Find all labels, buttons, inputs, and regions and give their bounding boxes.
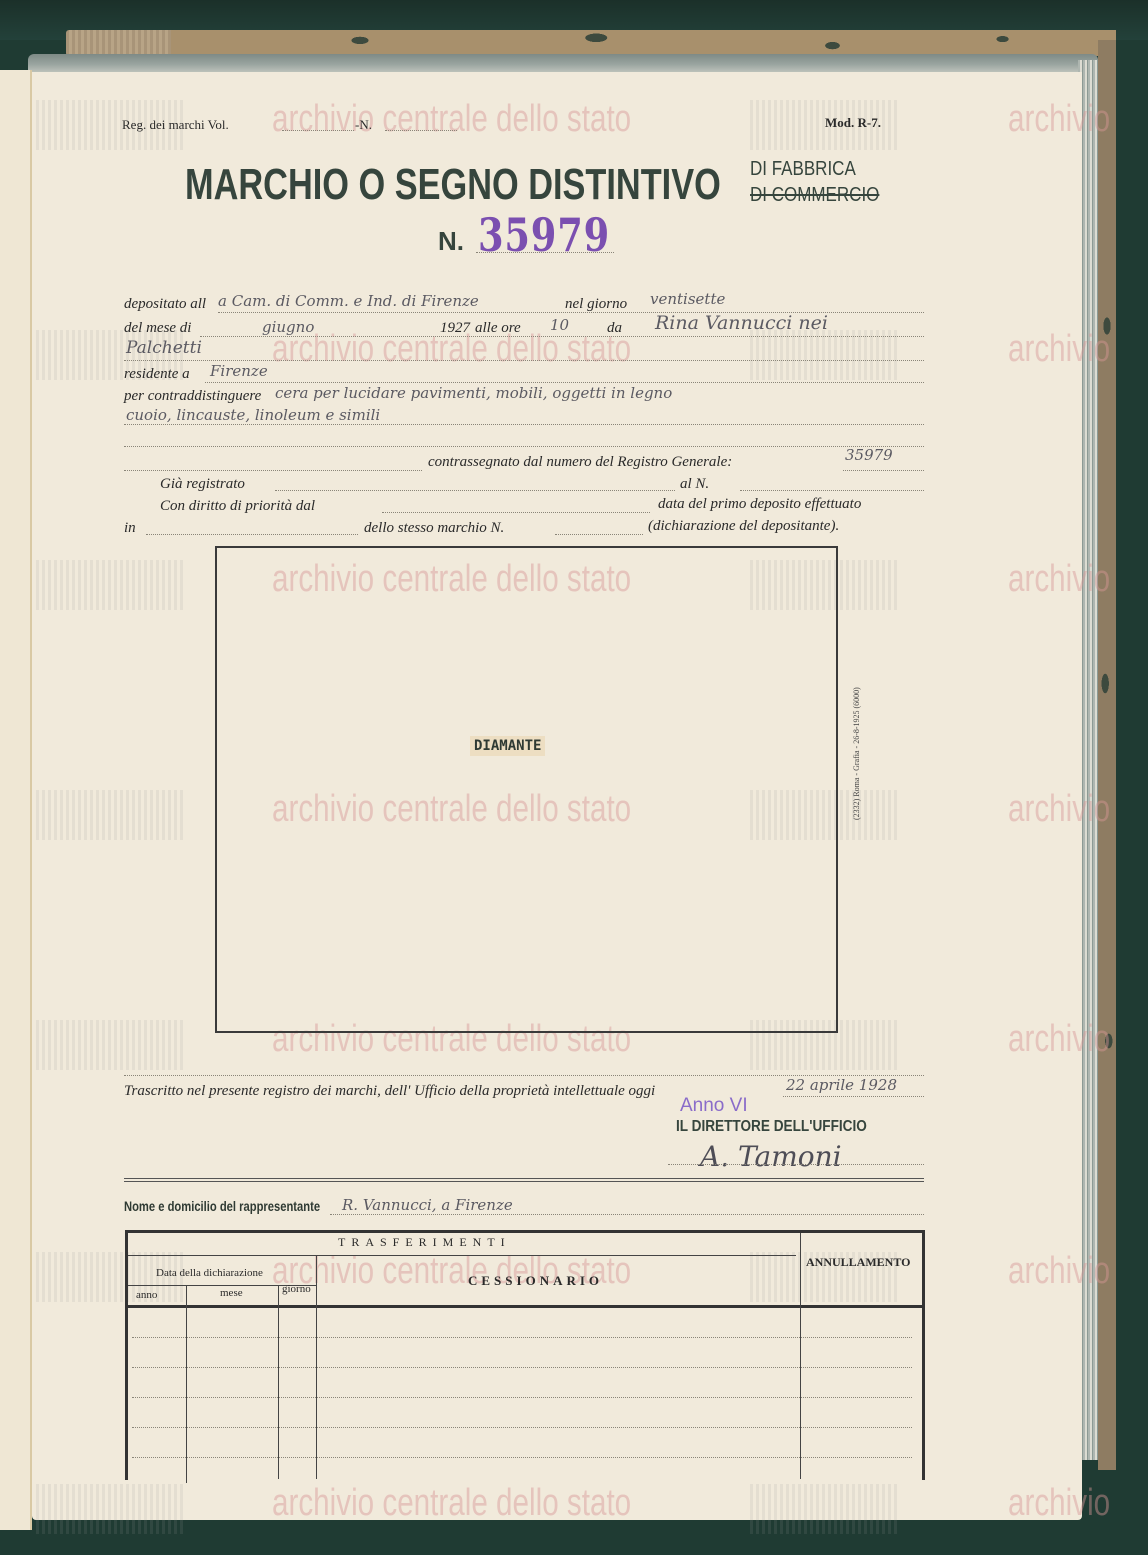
number-field [476, 252, 614, 253]
deposited-value: a Cam. di Comm. e Ind. di Firenze [218, 292, 479, 310]
table-row [132, 1427, 912, 1428]
registry-blank-line [124, 470, 422, 471]
header-bottom-rule [128, 1305, 922, 1308]
purpose-field-line [124, 424, 924, 425]
printer-note: (2332) Roma - Grafia - 26-8-1925 (6000) [852, 687, 861, 820]
table-title: TRASFERIMENTI [338, 1235, 511, 1250]
col-divider [278, 1285, 279, 1479]
transcription-date-line [783, 1096, 924, 1097]
day-value: ventisette [650, 290, 725, 308]
residence-value: Firenze [210, 362, 268, 380]
trademark-image-box [215, 546, 838, 1033]
registration-number-stamp: 35979 [478, 208, 610, 262]
left-page-edge [0, 70, 32, 1530]
blank-field-line [124, 446, 924, 447]
director-signature: A. Tamoni [700, 1140, 842, 1173]
table-rule [128, 1255, 796, 1256]
hour-value: 10 [550, 316, 569, 334]
in-label: in [124, 520, 136, 537]
registry-number-line [843, 470, 924, 471]
representative-label: Nome e domicilio del rappresentante [124, 1198, 320, 1214]
in-field [146, 534, 358, 535]
col-header-anno: anno [136, 1289, 157, 1301]
representative-line [330, 1214, 924, 1215]
n-label: -N. [355, 117, 372, 133]
model-code: Mod. R-7. [825, 115, 881, 131]
purpose-value-line1: cera per lucidare pavimenti, mobili, ogg… [275, 384, 672, 402]
page-title: MARCHIO O SEGNO DISTINTIVO [185, 160, 721, 210]
month-field-line [200, 336, 924, 337]
depositor-name-cont: Palchetti [126, 338, 202, 358]
date-group-header: Data della dichiarazione [156, 1267, 263, 1279]
vol-field [282, 130, 354, 131]
depositor-field-line [124, 360, 924, 361]
by-label: da [607, 320, 622, 337]
anno-stamp: Anno VI [680, 1095, 748, 1117]
col-header-giorno: giorno [282, 1283, 311, 1295]
year-value: 1927 [440, 320, 470, 337]
col-divider [800, 1233, 801, 1479]
deposited-label: depositato all [124, 296, 206, 313]
representative-value: R. Vannucci, a Firenze [342, 1196, 513, 1214]
table-row [132, 1337, 912, 1338]
director-label: IL DIRETTORE DELL'UFFICIO [676, 1118, 867, 1136]
col-header-cessionario: CESSIONARIO [468, 1273, 603, 1289]
residence-field-line [205, 382, 924, 383]
priority-field [382, 512, 650, 513]
al-n-label: al N. [680, 476, 709, 493]
first-deposit-label: data del primo deposito effettuato [658, 496, 861, 513]
book-spine-top [66, 30, 1116, 56]
transcription-label: Trascritto nel presente registro dei mar… [124, 1083, 655, 1100]
month-label: del mese di [124, 320, 191, 337]
col-divider [186, 1285, 187, 1483]
marbled-edge [171, 30, 1116, 56]
already-registered-field [275, 490, 675, 491]
number-prefix: N. [438, 226, 464, 257]
same-mark-label: dello stesso marchio N. [364, 520, 504, 537]
declaration-label: (dichiarazione del depositante). [648, 518, 839, 535]
double-rule [124, 1178, 924, 1182]
registry-number-value: 35979 [845, 446, 893, 464]
day-label: nel giorno [565, 296, 627, 313]
priority-label: Con diritto di priorità dal [160, 498, 315, 515]
transcription-date: 22 aprile 1928 [786, 1076, 897, 1094]
purpose-label: per contraddistinguere [124, 388, 261, 405]
col-header-annullamento: ANNULLAMENTO [806, 1255, 910, 1270]
same-mark-field [555, 534, 643, 535]
month-value: giugno [262, 318, 314, 336]
already-registered-label: Già registrato [160, 476, 245, 493]
subtitle-fabbrica: DI FABBRICA [750, 158, 856, 180]
hour-label: alle ore [475, 320, 521, 337]
n-field [385, 130, 457, 131]
reg-label: Reg. dei marchi Vol. [122, 117, 229, 133]
transfers-table: TRASFERIMENTI Data della dichiarazione a… [125, 1230, 925, 1480]
col-header-mese: mese [220, 1287, 243, 1299]
depositor-name: Rina Vannucci nei [655, 312, 828, 334]
signature-line [668, 1164, 924, 1165]
subtitle-commercio: DI COMMERCIO [750, 184, 879, 206]
book-spine-right [1098, 40, 1116, 1470]
purpose-value-line2: cuoio, lincauste, linoleum e simili [126, 406, 380, 424]
table-row [132, 1457, 912, 1458]
table-row [132, 1397, 912, 1398]
residence-label: residente a [124, 366, 190, 383]
trademark-text: DIAMANTE [470, 736, 545, 756]
registry-label: contrassegnato dal numero del Registro G… [428, 454, 732, 471]
table-row [132, 1367, 912, 1368]
al-n-field [740, 490, 924, 491]
